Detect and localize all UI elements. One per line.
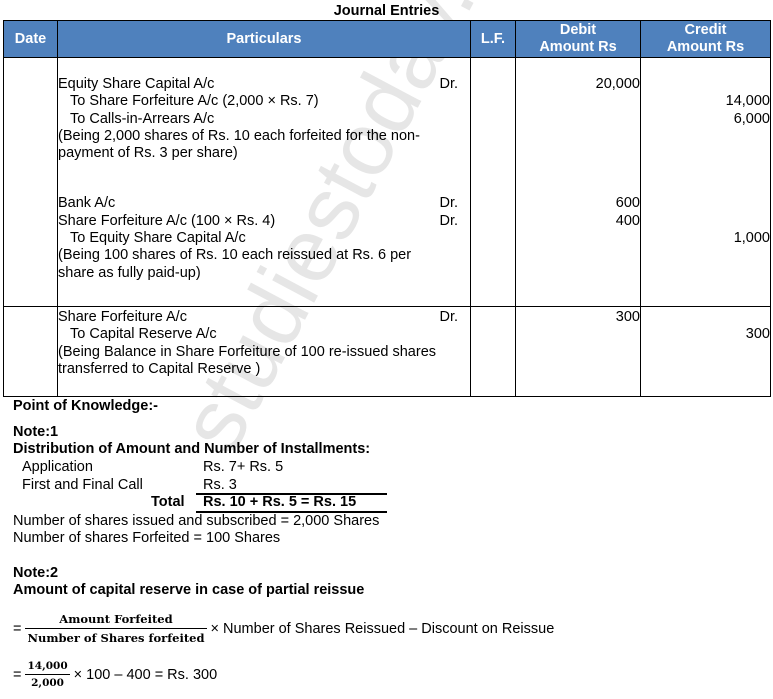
account-name: Bank A/c	[58, 195, 115, 211]
debit-marker: Dr.	[439, 76, 458, 93]
journal-table: Date Particulars L.F. DebitAmount Rs Cre…	[3, 20, 771, 397]
account-line: Share Forfeiture A/cDr.	[58, 309, 470, 326]
header-debit: DebitAmount Rs	[516, 21, 641, 58]
calculation-line: = 14,000 2,000 × 100 – 400 = Rs. 300	[13, 660, 217, 689]
credit-amount: 300	[641, 326, 770, 343]
calculation-numerator: 14,000	[25, 660, 69, 675]
formula-line: = Amount Forfeited Number of Shares forf…	[13, 612, 554, 645]
calculation-suffix: × 100 – 400 = Rs. 300	[74, 667, 218, 683]
credit-cell: 14,0006,000	[641, 58, 771, 181]
debit-cell: 300	[516, 306, 641, 396]
lf-cell	[471, 58, 516, 181]
formula-suffix: × Number of Shares Reissued – Discount o…	[211, 621, 555, 637]
debit-amount: 300	[516, 309, 640, 326]
installment-value: Rs. 3	[203, 477, 237, 493]
account-line: To Capital Reserve A/c	[58, 326, 470, 343]
date-cell	[4, 306, 58, 396]
header-date: Date	[4, 21, 58, 58]
formula-equals: =	[13, 621, 21, 637]
note1-title: Distribution of Amount and Number of Ins…	[13, 441, 370, 457]
credit-cell: 1,000	[641, 180, 771, 306]
credit-amount	[641, 309, 770, 326]
total-value: Rs. 10 + Rs. 5 = Rs. 15	[203, 494, 356, 510]
lf-cell	[471, 306, 516, 396]
header-particulars: Particulars	[58, 21, 471, 58]
calculation-equals: =	[13, 667, 21, 683]
credit-amount	[641, 76, 770, 93]
account-line: Equity Share Capital A/cDr.	[58, 76, 470, 93]
point-of-knowledge-heading: Point of Knowledge:-	[13, 398, 158, 414]
account-name: Share Forfeiture A/c	[58, 309, 187, 325]
account-name: Share Forfeiture A/c (100 × Rs. 4)	[58, 213, 275, 229]
debit-marker: Dr.	[439, 213, 458, 230]
particulars-cell: Share Forfeiture A/cDr.To Capital Reserv…	[58, 306, 471, 396]
table-row: Equity Share Capital A/cDr.To Share Forf…	[4, 58, 771, 181]
installment-label: Application	[22, 459, 93, 475]
account-name: To Equity Share Capital A/c	[70, 230, 246, 246]
note2-label: Note:2	[13, 565, 58, 581]
account-name: To Capital Reserve A/c	[70, 326, 217, 342]
debit-amount	[516, 326, 640, 343]
credit-amount	[641, 195, 770, 212]
credit-cell: 300	[641, 306, 771, 396]
narration: (Being 100 shares of Rs. 10 each reissue…	[58, 247, 438, 282]
debit-marker: Dr.	[439, 309, 458, 326]
installment-label: First and Final Call	[22, 477, 143, 493]
date-cell	[4, 180, 58, 306]
account-line: Share Forfeiture A/c (100 × Rs. 4)Dr.	[58, 213, 470, 230]
particulars-cell: Bank A/cDr.Share Forfeiture A/c (100 × R…	[58, 180, 471, 306]
account-line: To Share Forfeiture A/c (2,000 × Rs. 7)	[58, 93, 470, 110]
account-name: To Calls-in-Arrears A/c	[70, 111, 214, 127]
debit-amount	[516, 111, 640, 128]
table-header-row: Date Particulars L.F. DebitAmount Rs Cre…	[4, 21, 771, 58]
credit-amount	[641, 213, 770, 230]
fact-shares-issued: Number of shares issued and subscribed =…	[13, 513, 379, 529]
account-line: To Equity Share Capital A/c	[58, 230, 470, 247]
total-label: Total	[151, 494, 185, 510]
lf-cell	[471, 180, 516, 306]
debit-amount	[516, 230, 640, 247]
debit-cell: 600400	[516, 180, 641, 306]
note2-title: Amount of capital reserve in case of par…	[13, 582, 364, 598]
particulars-cell: Equity Share Capital A/cDr.To Share Forf…	[58, 58, 471, 181]
installment-value: Rs. 7+ Rs. 5	[203, 459, 283, 475]
narration: (Being Balance in Share Forfeiture of 10…	[58, 344, 438, 379]
header-lf: L.F.	[471, 21, 516, 58]
formula-numerator: Amount Forfeited	[25, 612, 206, 629]
narration: (Being 2,000 shares of Rs. 10 each forfe…	[58, 128, 438, 163]
table-row: Share Forfeiture A/cDr.To Capital Reserv…	[4, 306, 771, 396]
formula-denominator: Number of Shares forfeited	[25, 629, 206, 645]
header-credit: CreditAmount Rs	[641, 21, 771, 58]
calculation-fraction: 14,000 2,000	[25, 660, 69, 689]
date-cell	[4, 58, 58, 181]
credit-amount: 6,000	[641, 111, 770, 128]
debit-amount: 400	[516, 213, 640, 230]
account-name: Equity Share Capital A/c	[58, 76, 214, 92]
debit-amount: 20,000	[516, 76, 640, 93]
fact-shares-forfeited: Number of shares Forfeited = 100 Shares	[13, 530, 280, 546]
credit-amount: 1,000	[641, 230, 770, 247]
formula-fraction: Amount Forfeited Number of Shares forfei…	[25, 612, 206, 645]
calculation-denominator: 2,000	[25, 675, 69, 689]
account-line: To Calls-in-Arrears A/c	[58, 111, 470, 128]
credit-amount: 14,000	[641, 93, 770, 110]
document-title: Journal Entries	[0, 3, 773, 19]
debit-cell: 20,000	[516, 58, 641, 181]
debit-marker: Dr.	[439, 195, 458, 212]
note1-label: Note:1	[13, 424, 58, 440]
account-name: To Share Forfeiture A/c (2,000 × Rs. 7)	[70, 93, 319, 109]
debit-amount	[516, 93, 640, 110]
table-row: Bank A/cDr.Share Forfeiture A/c (100 × R…	[4, 180, 771, 306]
account-line: Bank A/cDr.	[58, 195, 470, 212]
debit-amount: 600	[516, 195, 640, 212]
